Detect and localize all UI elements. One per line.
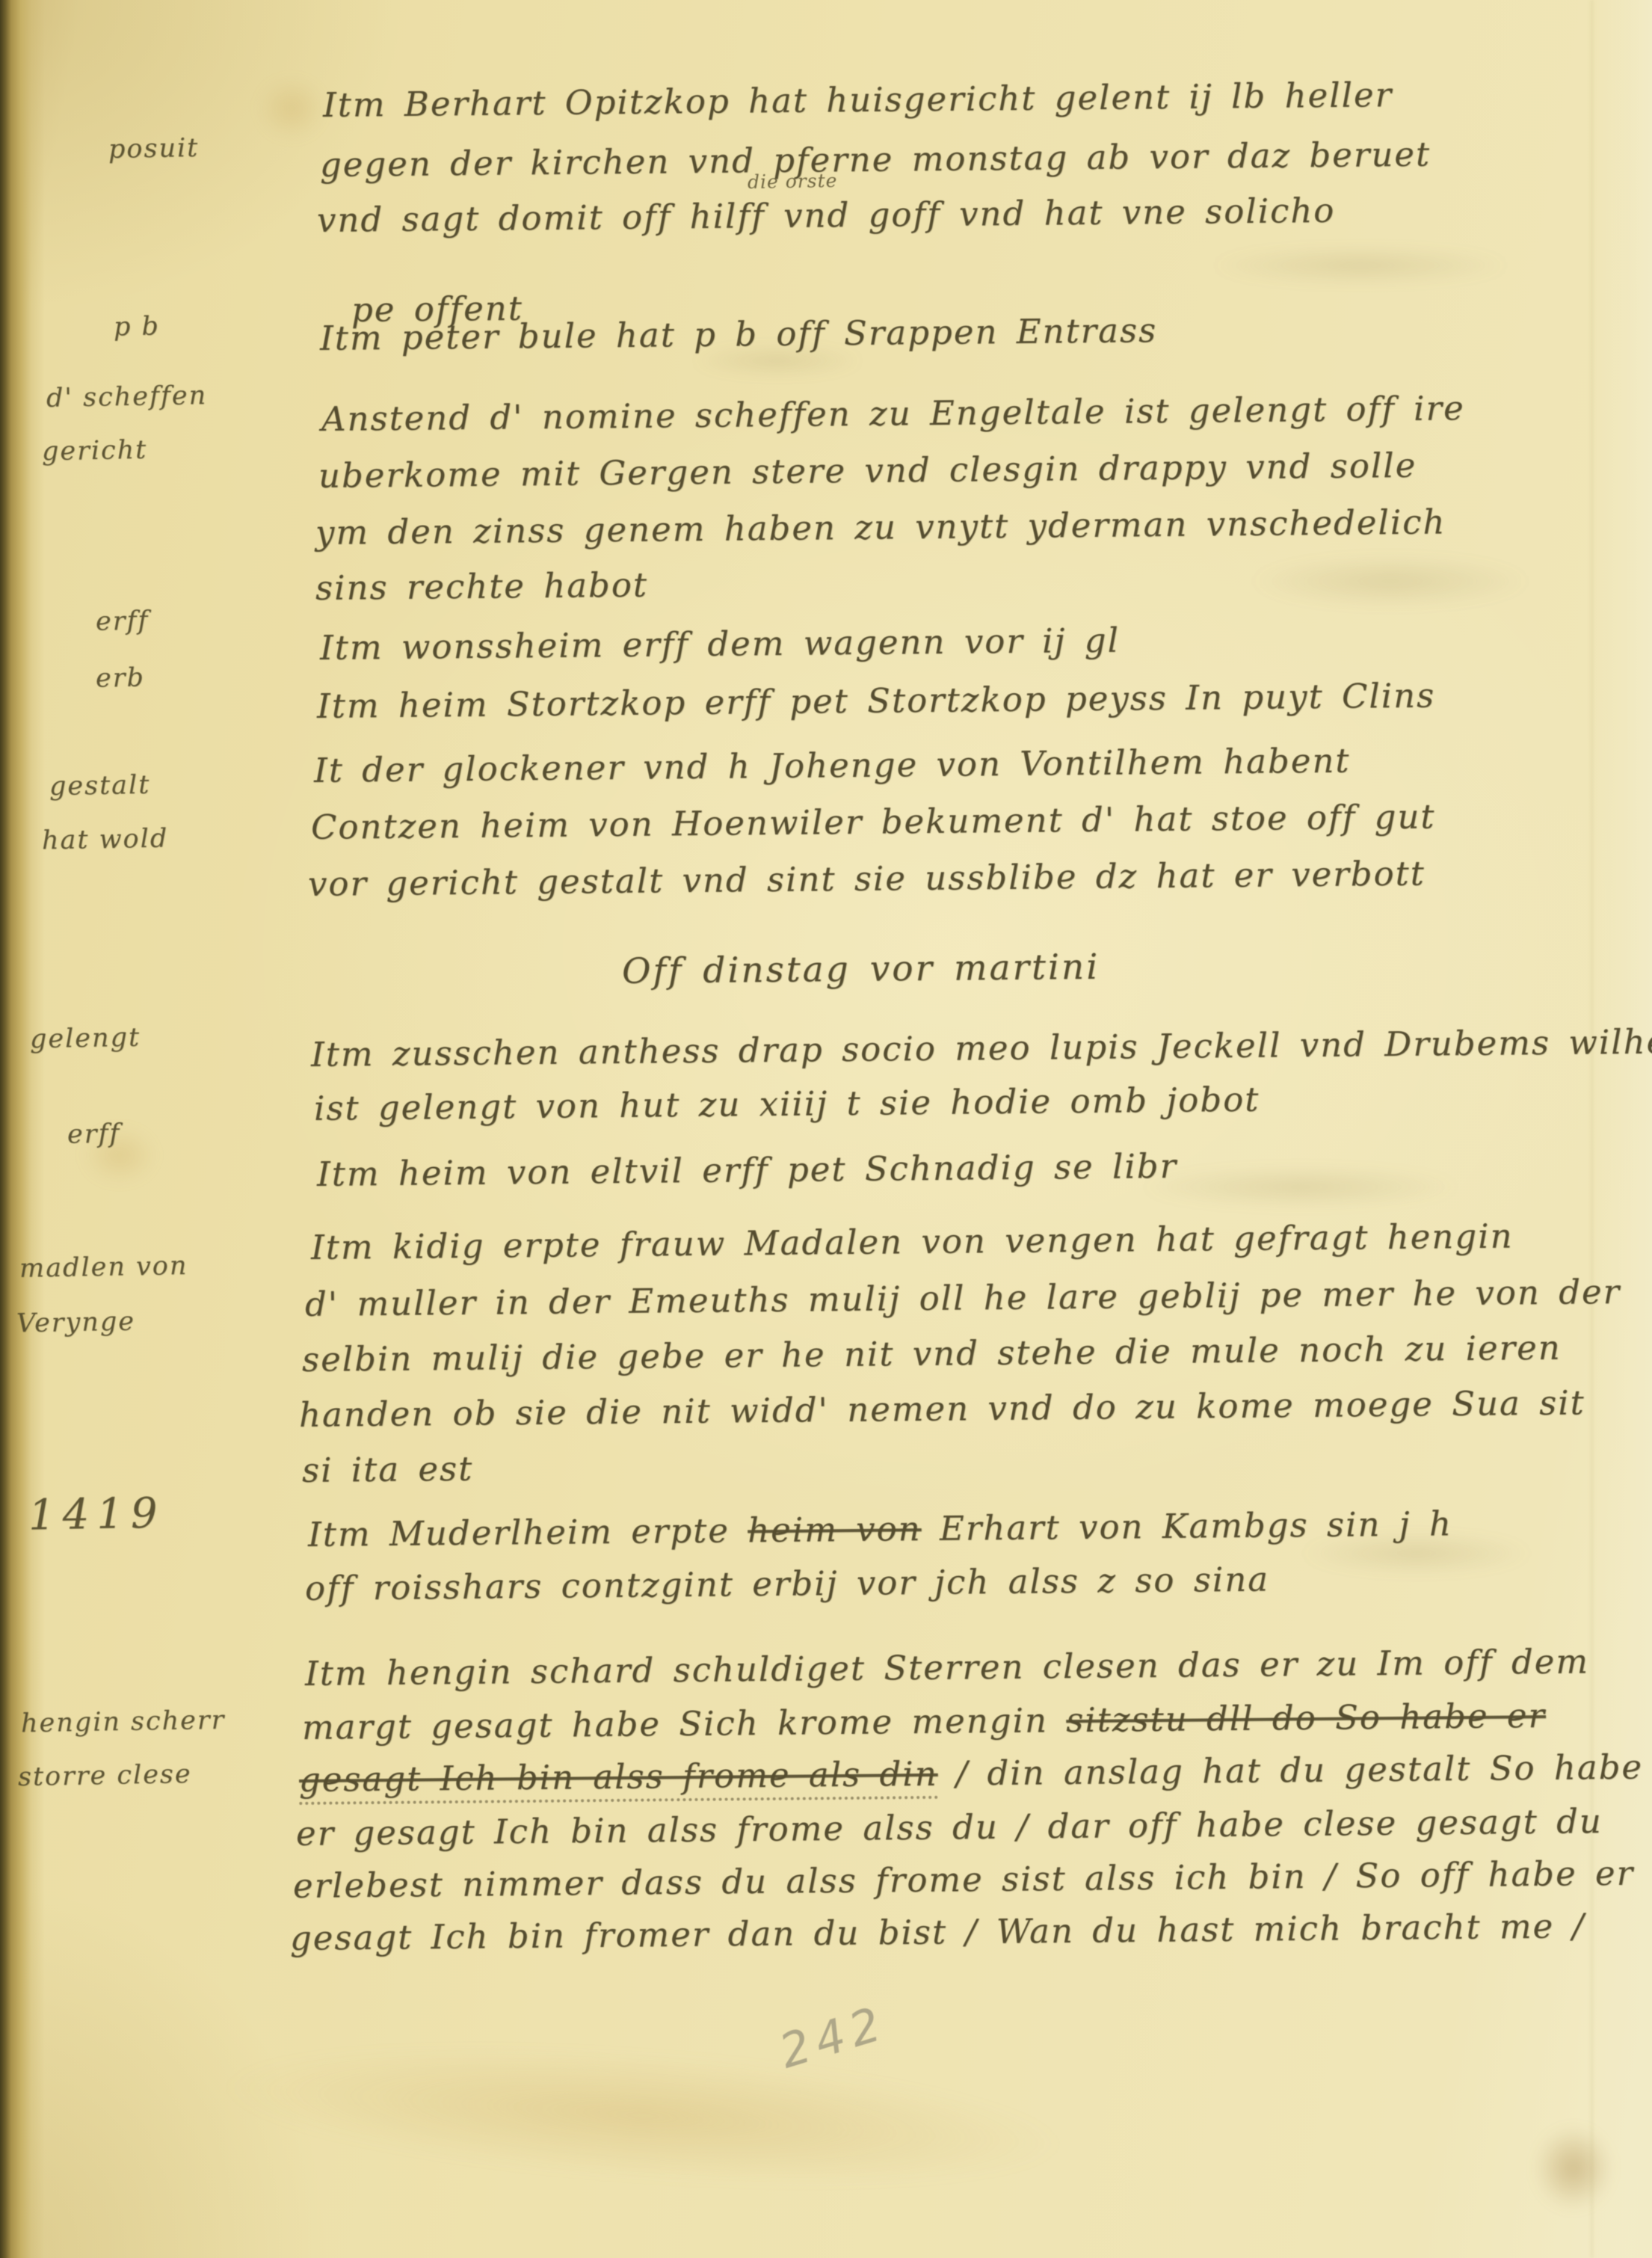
water-stain [78,1995,1208,2237]
entry7-line2: ist gelengt von hut zu xiiij t sie hodie… [314,1083,1260,1125]
struck-text: gesagt Ich bin alss frome als din [299,1754,938,1805]
margin-note-erff-2: erff [67,1121,121,1148]
page-right-edge [1592,0,1652,2258]
struck-text: heim von [748,1509,922,1550]
entry6-line1: It der glockener vnd h Johenge von Vonti… [314,744,1351,787]
binding-gutter-edge [0,0,45,2258]
margin-note-erff-1: erff [96,608,150,635]
entry11-line2-pre: margt gesagt habe Sich krome mengin [302,1700,1067,1747]
entry11-line4: er gesagt Ich bin alss frome alss du / d… [296,1804,1603,1851]
entry6-line2: Contzen heim von Hoenwiler bekument d' h… [311,800,1436,844]
entry3-line3: ym den zinss genem haben zu vnytt yderma… [315,505,1446,550]
entry8-line1: Itm heim von eltvil erff pet Schnadig se… [317,1149,1177,1191]
margin-note-gelengt: gelengt [30,1025,141,1053]
margin-note-madlen-von: madlen von [19,1253,188,1282]
interlinear-insertion: die orste [748,170,838,193]
margin-note-pb: p b [114,313,161,340]
entry9-line1: Itm kidig erpte frauw Madalen von vengen… [311,1219,1514,1264]
entry6-line3: vor gericht gestalt vnd sint sie ussblib… [308,857,1426,901]
entry9-line4: handen ob sie die nit widd' nemen vnd do… [299,1385,1585,1432]
entry2-line1: Itm peter bule hat p b off Srappen Entra… [320,313,1158,355]
margin-note-year: 1419 [28,1492,165,1536]
entry1-line3: vnd sagt domit off hilff vnd goff vnd ha… [317,194,1336,237]
entry3-line2: uberkome mit Gergen stere vnd clesgin dr… [318,449,1417,493]
struck-text: sitzstu dll do So habe er [1066,1696,1546,1740]
entry5-line1: Itm heim Stortzkop erff pet Stortzkop pe… [317,679,1436,723]
margin-note-gestalt: gestalt [49,772,151,800]
margin-note-hengin-scherr: hengin scherr [21,1708,226,1738]
entry11-line3: gesagt Ich bin alss frome als din / din … [299,1750,1644,1797]
section-heading: Off dinstag vor martini [622,950,1100,989]
margin-note-erb: erb [96,665,145,692]
entry11-line5: erlebest nimmer dass du alss frome sist … [293,1855,1652,1903]
margin-note-scheffen: d' scheffen [46,383,208,412]
entry11-line1: Itm hengin schard schuldiget Sterren cle… [305,1645,1589,1691]
margin-note-storre-clese: storre clese [18,1762,192,1791]
entry11-line6: gesagt Ich bin fromer dan du bist / Wan … [290,1909,1585,1955]
entry3-line1: Anstend d' nomine scheffen zu Engeltale … [321,391,1465,436]
entry11-line3-post: / din anslag hat du gestalt So habe [937,1747,1643,1794]
margin-note-posuit: posuit [108,135,200,163]
entry3-line4: sins rechte habot [315,568,648,605]
entry9-line5: si ita est [302,1452,474,1487]
entry9-line3: selbin mulij die gebe er he nit vnd steh… [302,1331,1562,1376]
ink-showthrough-smudge [1151,239,1570,292]
margin-note-hat-wold: hat wold [42,826,169,855]
entry10-line1-pre: Itm Muderlheim erpte [308,1510,748,1554]
margin-note-verynge: Verynge [16,1309,136,1338]
entry10-line1: Itm Muderlheim erpte heim von Erhart von… [308,1507,1452,1551]
entry1-line1: Itm Berhart Opitzkop hat huisgericht gel… [323,78,1393,122]
entry11-line2: margt gesagt habe Sich krome mengin sitz… [302,1699,1546,1744]
ink-showthrough-smudge [1196,546,1585,617]
entry4-line1: Itm wonssheim erff dem wagenn vor ij gl [320,624,1120,665]
entry10-line2: off roisshars contzgint erbij vor jch al… [305,1563,1269,1605]
entry10-line1-post: Erhart von Kambgs sin j h [921,1504,1452,1548]
page-crease [1591,0,1593,2258]
entry1-line2: gegen der kirchen vnd pferne monstag ab … [320,138,1431,182]
entry9-line2: d' muller in der Emeuths mulij oll he la… [305,1275,1621,1321]
folio-number-pencil: 242 [774,1995,893,2079]
margin-note-gericht: gericht [42,437,148,465]
entry7-line1: Itm zusschen anthess drap socio meo lupi… [311,1025,1652,1071]
manuscript-page: posuit p b d' scheffen gericht erff erb … [0,0,1652,2258]
